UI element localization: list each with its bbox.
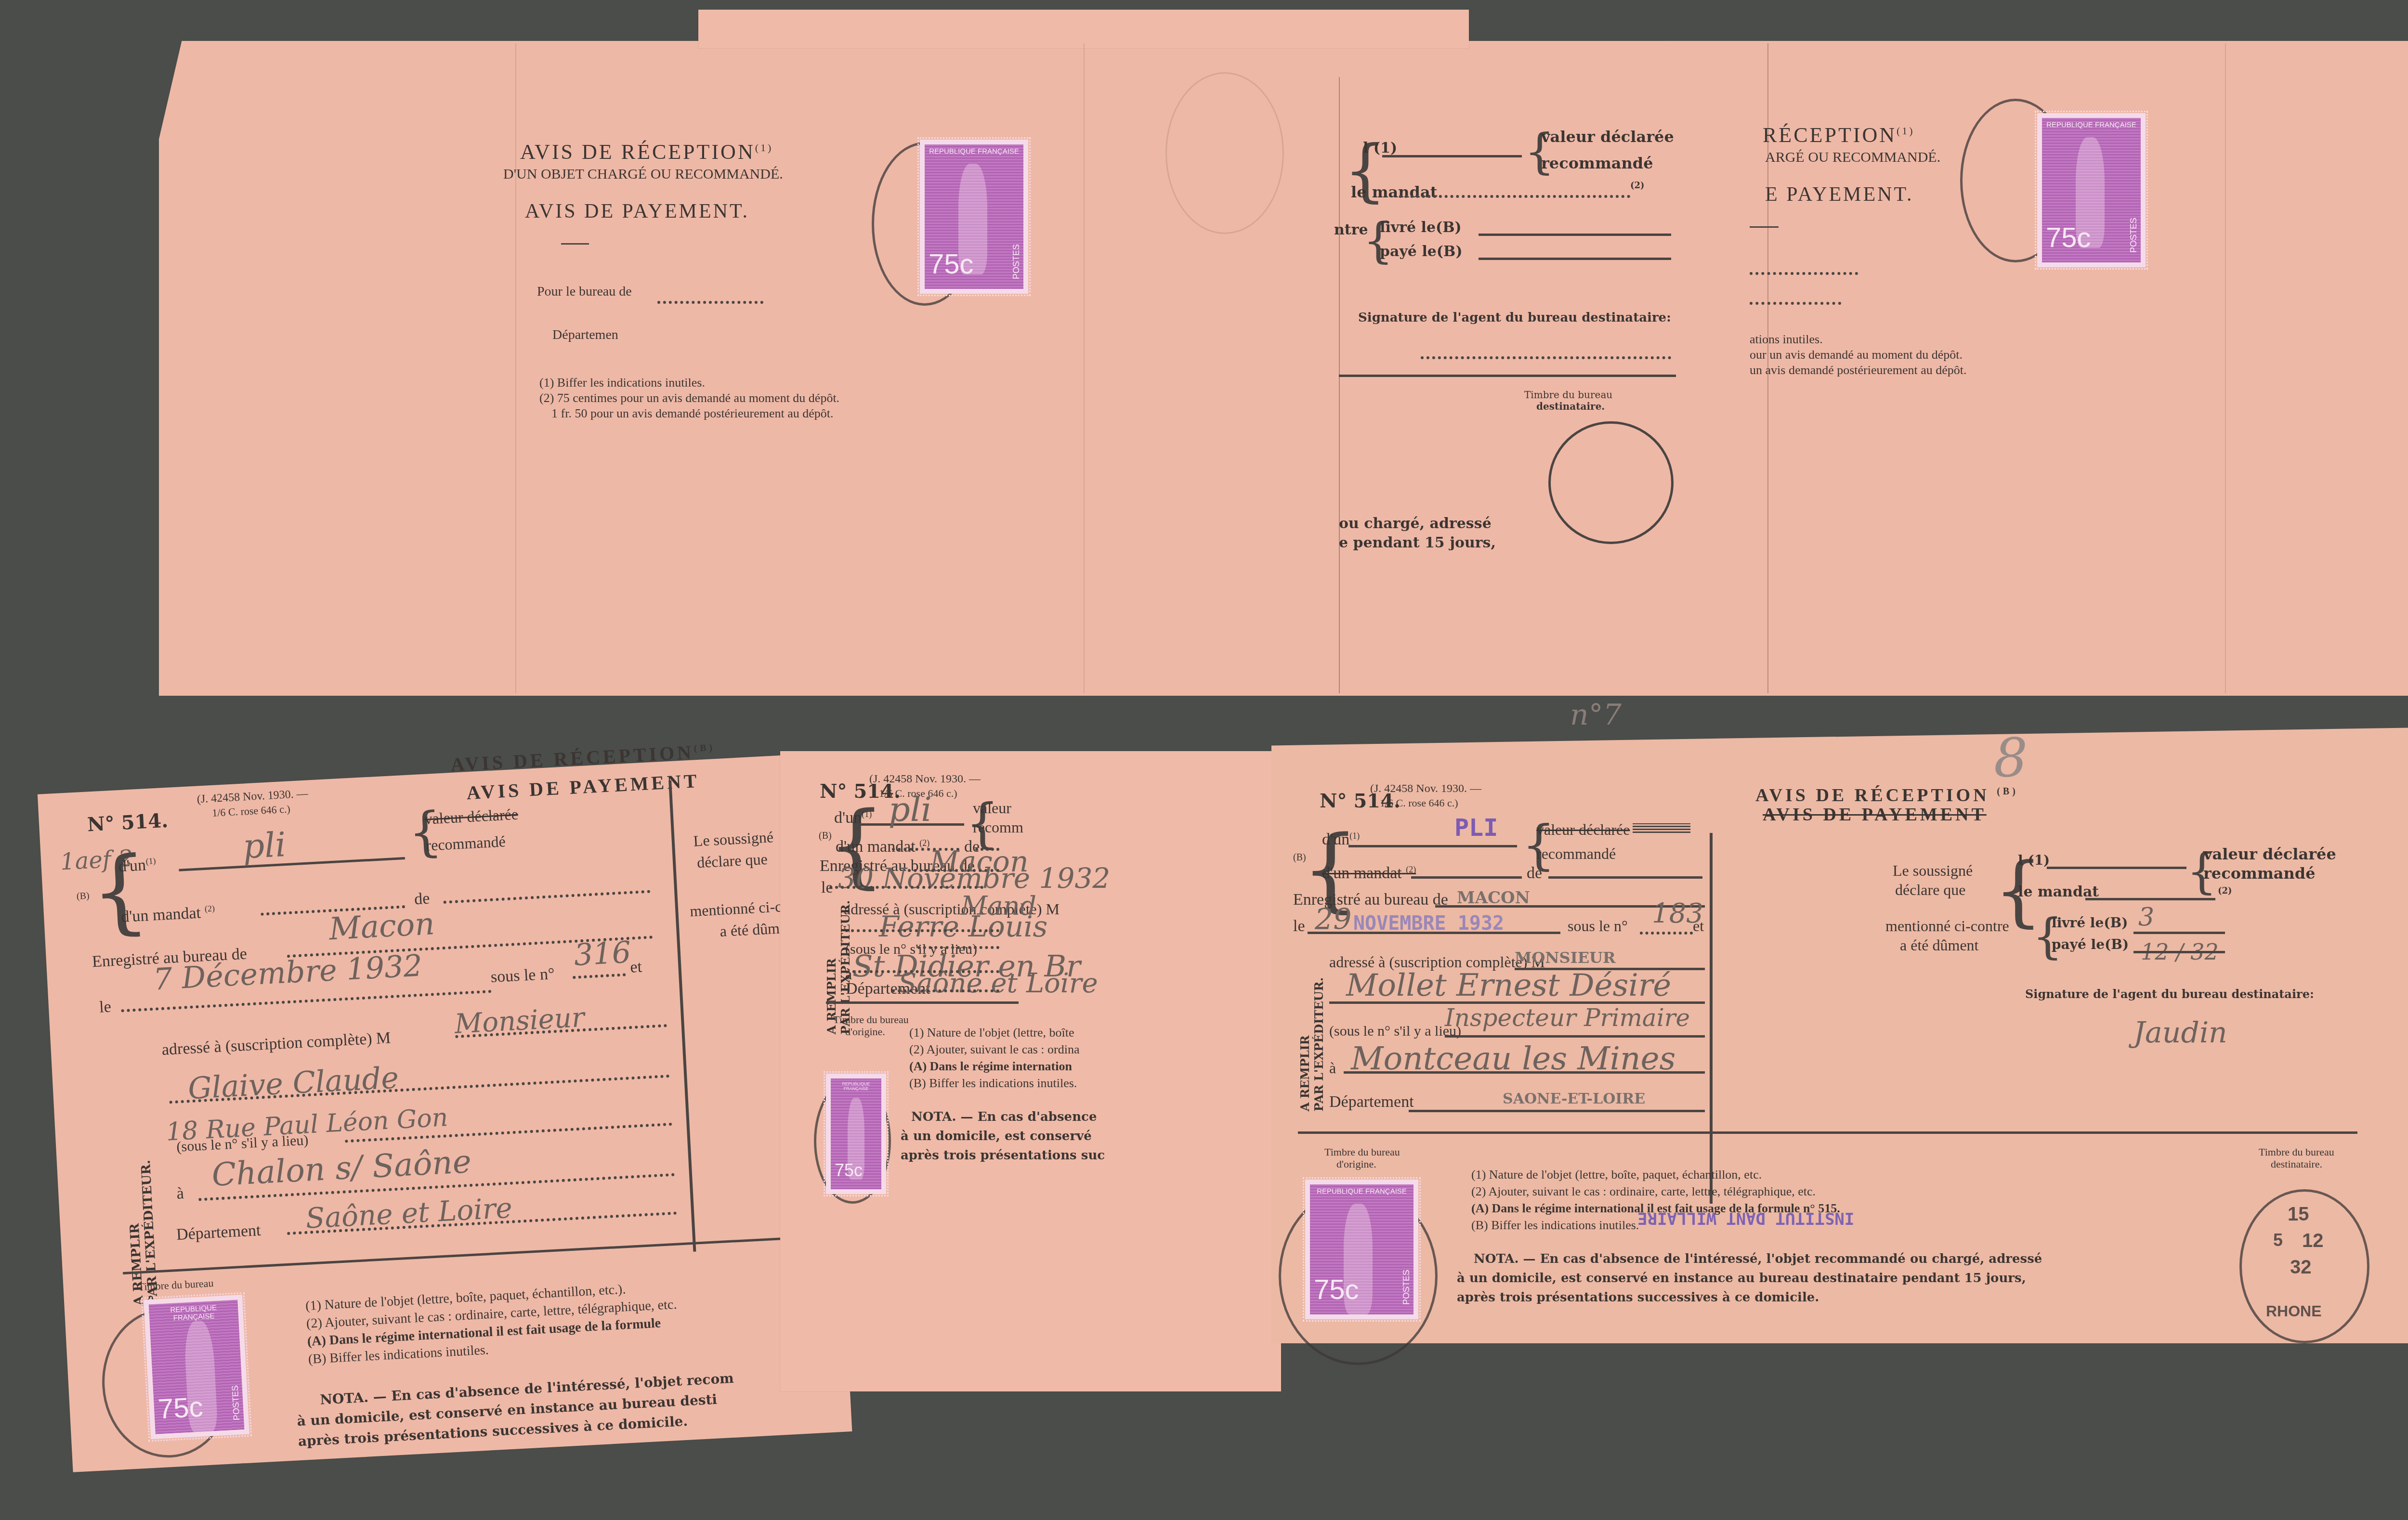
mid-timbre2: destinataire. [1536, 401, 1605, 412]
top-sheet-extension [698, 10, 1469, 48]
mid-mandat: le mandat [1351, 183, 1437, 201]
form-2-b-mark: (B) [819, 831, 832, 842]
form-2-nota-3: après trois présentations suc [901, 1148, 1105, 1163]
form-2-nota-2: à un domicile, est conservé [901, 1129, 1092, 1143]
form-3-dument: a été dûment [1900, 936, 1978, 954]
dest-cancel-day: 5 [2273, 1230, 2283, 1250]
mid-recommande: recommandé [1541, 154, 1653, 172]
note-2: (2) 75 centimes pour un avis demandé au … [539, 391, 839, 405]
form-2-nota-1: NOTA. — En cas d'absence [911, 1110, 1097, 1124]
form-1-le: le [99, 998, 112, 1016]
form-3-street-value: Inspecteur Primaire [1445, 1004, 1690, 1032]
form-1-b-mark: (B) [76, 890, 90, 902]
form-1-right-declare: déclare que [696, 850, 768, 872]
form-2-recommande: recomm [973, 818, 1023, 836]
form-3-title: AVIS DE RÉCEPTION (B) [1755, 785, 2018, 806]
form-3-note-2: (2) Ajouter, suivant le cas : ordinaire,… [1471, 1184, 1816, 1199]
form-3-timbre: Timbre du bureau [1324, 1146, 1400, 1158]
mid-livre: livré le(B) [1380, 219, 1462, 236]
postage-stamp-top-left: REPUBLIQUE FRANÇAISE 75cPOSTES [920, 140, 1028, 294]
form-3-nota-2: à un domicile, est conservé en instance … [1457, 1271, 2026, 1286]
mid-timbre: Timbre du bureau [1524, 389, 1612, 401]
form-1-et: et [629, 958, 642, 977]
form-3-le: le [1293, 917, 1305, 935]
form-3-livre-value: 3 [2138, 903, 2154, 932]
form-2-note-4: (B) Biffer les indications inutiles. [909, 1076, 1077, 1091]
form-3-nota-1: NOTA. — En cas d'absence de l'intéressé,… [1474, 1252, 2042, 1266]
form-2-postage-stamp: REPUBLIQUE FRANÇAISE 75c [826, 1074, 886, 1194]
form-3-imprint1: (J. 42458 Nov. 1930. — [1370, 782, 1481, 795]
form-3-nota-3: après trois présentations successives à … [1457, 1290, 1819, 1305]
form-2-dept-value: Saône et Loire [898, 968, 1098, 999]
note-1: (1) Biffer les indications inutiles. [539, 376, 705, 390]
form-3-signature: Signature de l'agent du bureau destinata… [2025, 987, 2314, 1001]
form-3-dept-value: SAONE-ET-LOIRE [1503, 1091, 1645, 1107]
dest-cancel-hour: 15 [2288, 1204, 2309, 1225]
top-left-heading2: AVIS DE PAYEMENT. [525, 200, 749, 223]
top-right-note-3: un avis demandé postérieurement au dépôt… [1750, 363, 1967, 377]
form-3-postage-stamp: REPUBLIQUE FRANÇAISE 75cPOSTES [1305, 1180, 1418, 1319]
form-3-sous-le-no: sous le n° [1568, 917, 1628, 935]
mid-valeur: valeur déclarée [1541, 128, 1674, 146]
form-3-name-value: Mollet Ernest Désiré [1346, 968, 1671, 1003]
form-3-de: de [1527, 864, 1542, 883]
form-3-side-label: A REMPLIRPAR L'EXPÉDITEUR. [1298, 977, 1326, 1111]
form-3-dest-timbre2: destinataire. [2271, 1158, 2322, 1170]
form-3-recommande: recommandé [1536, 845, 1616, 863]
form-3-adresse-value: MONSIEUR [1515, 948, 1616, 967]
top-right-title: RÉCEPTION(1) [1763, 123, 1915, 147]
mid-footer2: e pendant 15 jours, [1339, 534, 1496, 551]
form-3-signature-value: Jaudin [2133, 1016, 2227, 1050]
note-3: 1 fr. 50 pour un avis demandé postérieur… [551, 406, 834, 421]
form-2-note-2: (2) Ajouter, suivant le cas : ordina [909, 1042, 1079, 1057]
form-3-soussigne: Le soussigné [1893, 862, 1973, 880]
top-right-heading2: E PAYEMENT. [1765, 183, 1914, 206]
form-3-note-4: (B) Biffer les indications inutiles. [1471, 1218, 1639, 1233]
form-3-dun-value: PLI [1454, 814, 1498, 842]
mid-paye: payé le(B) [1380, 243, 1463, 260]
top-right-subtitle: ARGÉ OU RECOMMANDÉ. [1765, 149, 1940, 166]
form-3-right-valeur: valeur déclarée [2203, 845, 2336, 863]
form-2-note-1: (1) Nature de l'objet (lettre, boîte [909, 1026, 1074, 1040]
form-3: 8 N° 514. (J. 42458 Nov. 1930. — 1/6 C. … [1271, 727, 2408, 1449]
form-3-imprint2: 1/6 C. rose 646 c.) [1380, 797, 1458, 809]
top-left-title: AVIS DE RÉCEPTION(1) [520, 140, 773, 164]
form-3-heading2: AVIS DE PAYEMENT [1763, 804, 1987, 825]
form-3-timbre2: d'origine. [1336, 1158, 1376, 1170]
form-2-date-value: 30 Novembre 1932 [838, 862, 1110, 895]
departement-label: Départemen [552, 327, 618, 343]
form-3-a: à [1329, 1059, 1336, 1077]
form-1-sous-le-no: sous le n° [490, 965, 555, 987]
dest-cancel-place: RHONE [2266, 1302, 2322, 1320]
form-2-timbre2: d'origine. [845, 1026, 885, 1038]
form-3-et: et [1693, 917, 1704, 935]
form-3-bureau-value: MACON [1457, 888, 1530, 908]
mid-mandat-sup: (2) [1630, 181, 1645, 191]
form-1-number: N° 514. [87, 809, 169, 836]
form-1-postage-stamp: REPUBLIQUE FRANÇAISE 75cPOSTES [144, 1295, 249, 1439]
form-2-note-3: (A) Dans le régime internation [909, 1059, 1072, 1074]
form-3-valeur: valeur déclarée [1536, 821, 1630, 839]
form-1-no-value: 316 [573, 935, 632, 973]
form-2-imprint1: (J. 42458 Nov. 1930. — [869, 773, 981, 786]
postage-stamp-top-right: REPUBLIQUE FRANÇAISE 75cPOSTES [2037, 113, 2146, 267]
form-1-a: à [176, 1184, 184, 1203]
empty-stamp-circle [1548, 421, 1674, 544]
mid-row1-label: l (1) [1363, 140, 1397, 156]
form-2-dun-value: pli [889, 790, 932, 829]
form-1-bureau-value: Macon [328, 906, 435, 947]
form-3-note-1: (1) Nature de l'objet (lettre, boîte, pa… [1471, 1168, 1762, 1182]
form-3-paye: payé le(B) [2052, 936, 2129, 952]
form-3-declare: déclare que [1895, 881, 1966, 899]
form-3-livre: livré le(B) [2052, 915, 2128, 931]
top-right-note-2: our un avis demandé au moment du dépôt. [1750, 348, 1963, 362]
form-1-de: de [414, 889, 430, 909]
form-3-right-mandat-sup: (2) [2218, 886, 2232, 896]
form-1-dun: d'un(1) [118, 856, 157, 876]
form-3-right-recommande: recommandé [2203, 864, 2316, 883]
form-2-timbre: Timbre du bureau [833, 1013, 909, 1026]
mid-footer1: ou chargé, adressé [1339, 515, 1492, 532]
form-2: N° 514. (J. 42458 Nov. 1930. — 1/6 C. ro… [780, 751, 1286, 1425]
top-left-subtitle: D'UN OBJET CHARGÉ OU RECOMMANDÉ. [503, 166, 783, 182]
dest-cancel-year: 32 [2290, 1257, 2312, 1278]
mid-signature: Signature de l'agent du bureau destinata… [1358, 311, 1671, 325]
form-3-dest-timbre: Timbre du bureau [2259, 1146, 2334, 1158]
form-3-b-mark: (B) [1293, 852, 1306, 863]
form-3-mentionne: mentionné ci-contre [1885, 917, 2009, 935]
form-3-violet-stamp: INSTITUT DANT WILLAIRE [1637, 1208, 1854, 1228]
pour-bureau-label: Pour le bureau de [537, 284, 632, 299]
dest-cancel-month: 12 [2302, 1230, 2324, 1252]
form-2-valeur: valeur [973, 799, 1011, 817]
top-right-note-1: ations inutiles. [1750, 332, 1823, 347]
faint-seal [1165, 72, 1284, 234]
form-3-l1: l (1) [2018, 852, 2050, 868]
form-1-dun-value: pli [242, 825, 287, 867]
form-3-mandat: d'un mandat (2) [1322, 864, 1416, 883]
form-3-pencil-top: 8 [1994, 727, 2028, 789]
form-3-departement: Département [1329, 1093, 1414, 1111]
form-3-sous-no-lieu: (sous le n° s'il y a lieu) [1329, 1023, 1461, 1039]
